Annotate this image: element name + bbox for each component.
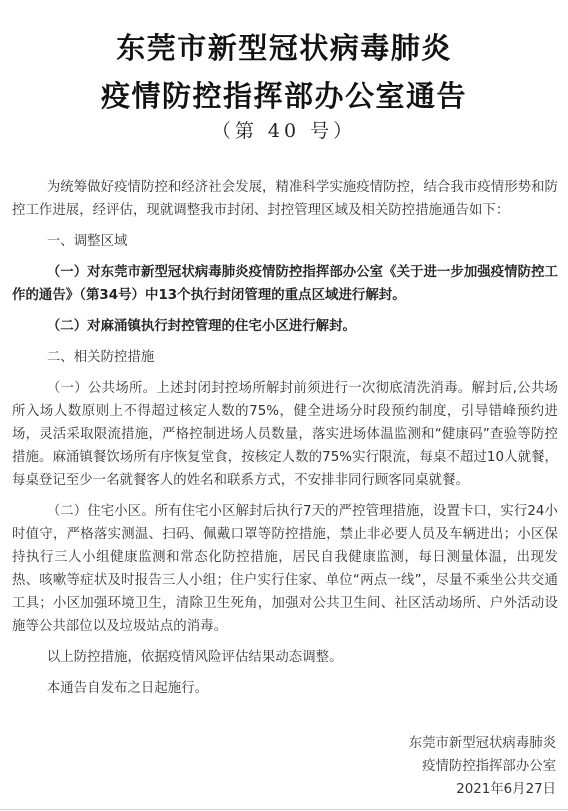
signature-org-line1: 东莞市新型冠状病毒肺炎 (409, 732, 556, 755)
section1-item2: （二）对麻涌镇执行封控管理的住宅小区进行解封。 (12, 315, 558, 338)
notice-body: 为统筹做好疫情防控和经济社会发展，精准科学实施疫情防控，结合我市疫情形势和防控工… (12, 176, 558, 708)
signature-date: 2021年6月27日 (409, 778, 556, 801)
closing-paragraph-2: 本通告自发布之日起施行。 (12, 677, 558, 700)
notice-document: 东莞市新型冠状病毒肺炎 疫情防控指挥部办公室通告 （第 40 号） 为统筹做好疫… (0, 0, 568, 809)
closing-paragraph-1: 以上防控措施，依据疫情风险评估结果动态调整。 (12, 646, 558, 669)
section-heading-adjust-areas: 一、调整区域 (12, 230, 558, 253)
intro-paragraph: 为统筹做好疫情防控和经济社会发展，精准科学实施疫情防控，结合我市疫情形势和防控工… (12, 176, 558, 222)
notice-number: （第 40 号） (0, 116, 568, 143)
signature-block: 东莞市新型冠状病毒肺炎 疫情防控指挥部办公室 2021年6月27日 (409, 732, 556, 801)
bottom-divider (0, 809, 568, 810)
section1-item1: （一）对东莞市新型冠状病毒肺炎疫情防控指挥部办公室《关于进一步加强疫情防控工作的… (12, 261, 558, 307)
document-title-line1: 东莞市新型冠状病毒肺炎 (0, 26, 568, 67)
document-title-line2: 疫情防控指挥部办公室通告 (0, 74, 568, 115)
section2-item1-public-places: （一）公共场所。上述封闭封控场所解封前须进行一次彻底清洗消毒。解封后,公共场所入… (12, 377, 558, 492)
section-heading-measures: 二、相关防控措施 (12, 346, 558, 369)
signature-org-line2: 疫情防控指挥部办公室 (409, 755, 556, 778)
section2-item2-residential: （二）住宅小区。所有住宅小区解封后执行7天的严控管理措施，设置卡口，实行24小时… (12, 500, 558, 638)
